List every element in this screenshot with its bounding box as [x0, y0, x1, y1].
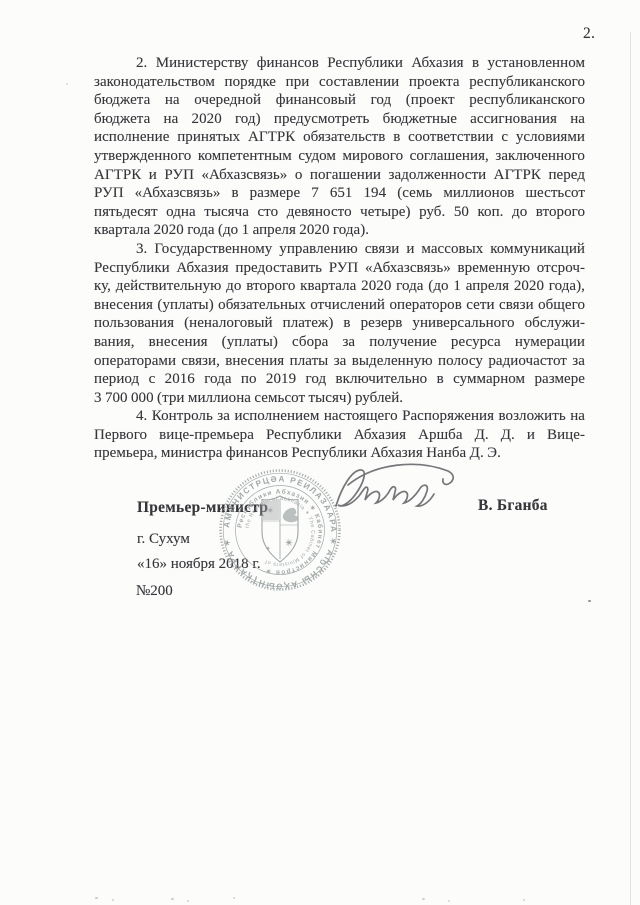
text-line: вания, внесения (уплаты) сбора за получе…	[94, 333, 585, 352]
text-line: АГТРК и РУП «Абхазсвязь» о погашении зад…	[94, 166, 585, 185]
text-line: 3. Государственному управлению связи и м…	[94, 240, 585, 259]
text-line: внесения (уплаты) обязательных отчислени…	[94, 296, 585, 315]
issue-city: г. Сухум	[137, 531, 190, 548]
text-line: бюджета на 2020 год) предусмотреть бюдже…	[94, 110, 585, 129]
text-line: бюджета на очередной финансовый год (про…	[94, 91, 585, 110]
scan-speck	[448, 900, 450, 902]
text-line: квартала 2020 года (до 1 апреля 2020 год…	[94, 221, 585, 240]
text-line: утвержденного компетентным судом мировог…	[94, 147, 585, 166]
scan-speck	[112, 899, 114, 901]
text-line: пятьдесят одна тысяча сто девяносто четы…	[94, 203, 585, 222]
scan-speck	[187, 900, 189, 902]
scan-speck	[422, 898, 425, 900]
text-line: 3 700 000 (три миллиона семьсот тысяч) р…	[94, 389, 585, 408]
coat-of-arms-horseman	[283, 508, 298, 522]
text-line: ку, действительную до второго квартала 2…	[94, 277, 585, 296]
text-line: Республики Абхазия предоставить РУП «Абх…	[94, 259, 585, 278]
svg-text:✦: ✦	[265, 545, 271, 553]
text-line: исполнение принятых АГТРК обязательств в…	[94, 128, 585, 147]
text-line: 4. Контроль за исполнением настоящего Ра…	[94, 407, 585, 426]
scanned-document-page: 2. 2. Министерству финансов Республики А…	[0, 0, 640, 905]
scan-speck	[66, 83, 68, 85]
signer-name: В. Бганба	[478, 497, 548, 515]
scan-speck	[171, 898, 174, 900]
handwritten-signature	[320, 458, 470, 520]
scan-edge-line	[630, 32, 631, 905]
scan-speck	[523, 899, 525, 901]
scan-speck	[233, 897, 235, 899]
text-line: 2. Министерству финансов Республики Абха…	[94, 54, 585, 73]
text-line: пользования (неналоговый платеж) в резер…	[94, 314, 585, 333]
text-line: период с 2016 года по 2019 год включител…	[94, 370, 585, 389]
text-line: РУП «Абхазсвязь» в размере 7 651 194 (се…	[94, 184, 585, 203]
signature-stroke	[336, 470, 434, 506]
page-number: 2.	[583, 25, 595, 43]
text-line: Первого вице-премьера Республики Абхазия…	[94, 426, 585, 445]
svg-text:✶: ✶	[267, 506, 275, 516]
text-line: операторами связи, внесения платы за выд…	[94, 352, 585, 371]
document-number: №200	[136, 583, 173, 600]
signature-flourish	[348, 464, 453, 485]
scan-speck	[588, 600, 591, 602]
text-line: законодательством порядке при составлени…	[94, 73, 585, 92]
document-body: 2. Министерству финансов Республики Абха…	[94, 54, 585, 463]
svg-text:✴: ✴	[284, 536, 294, 550]
scan-speck	[95, 897, 98, 899]
